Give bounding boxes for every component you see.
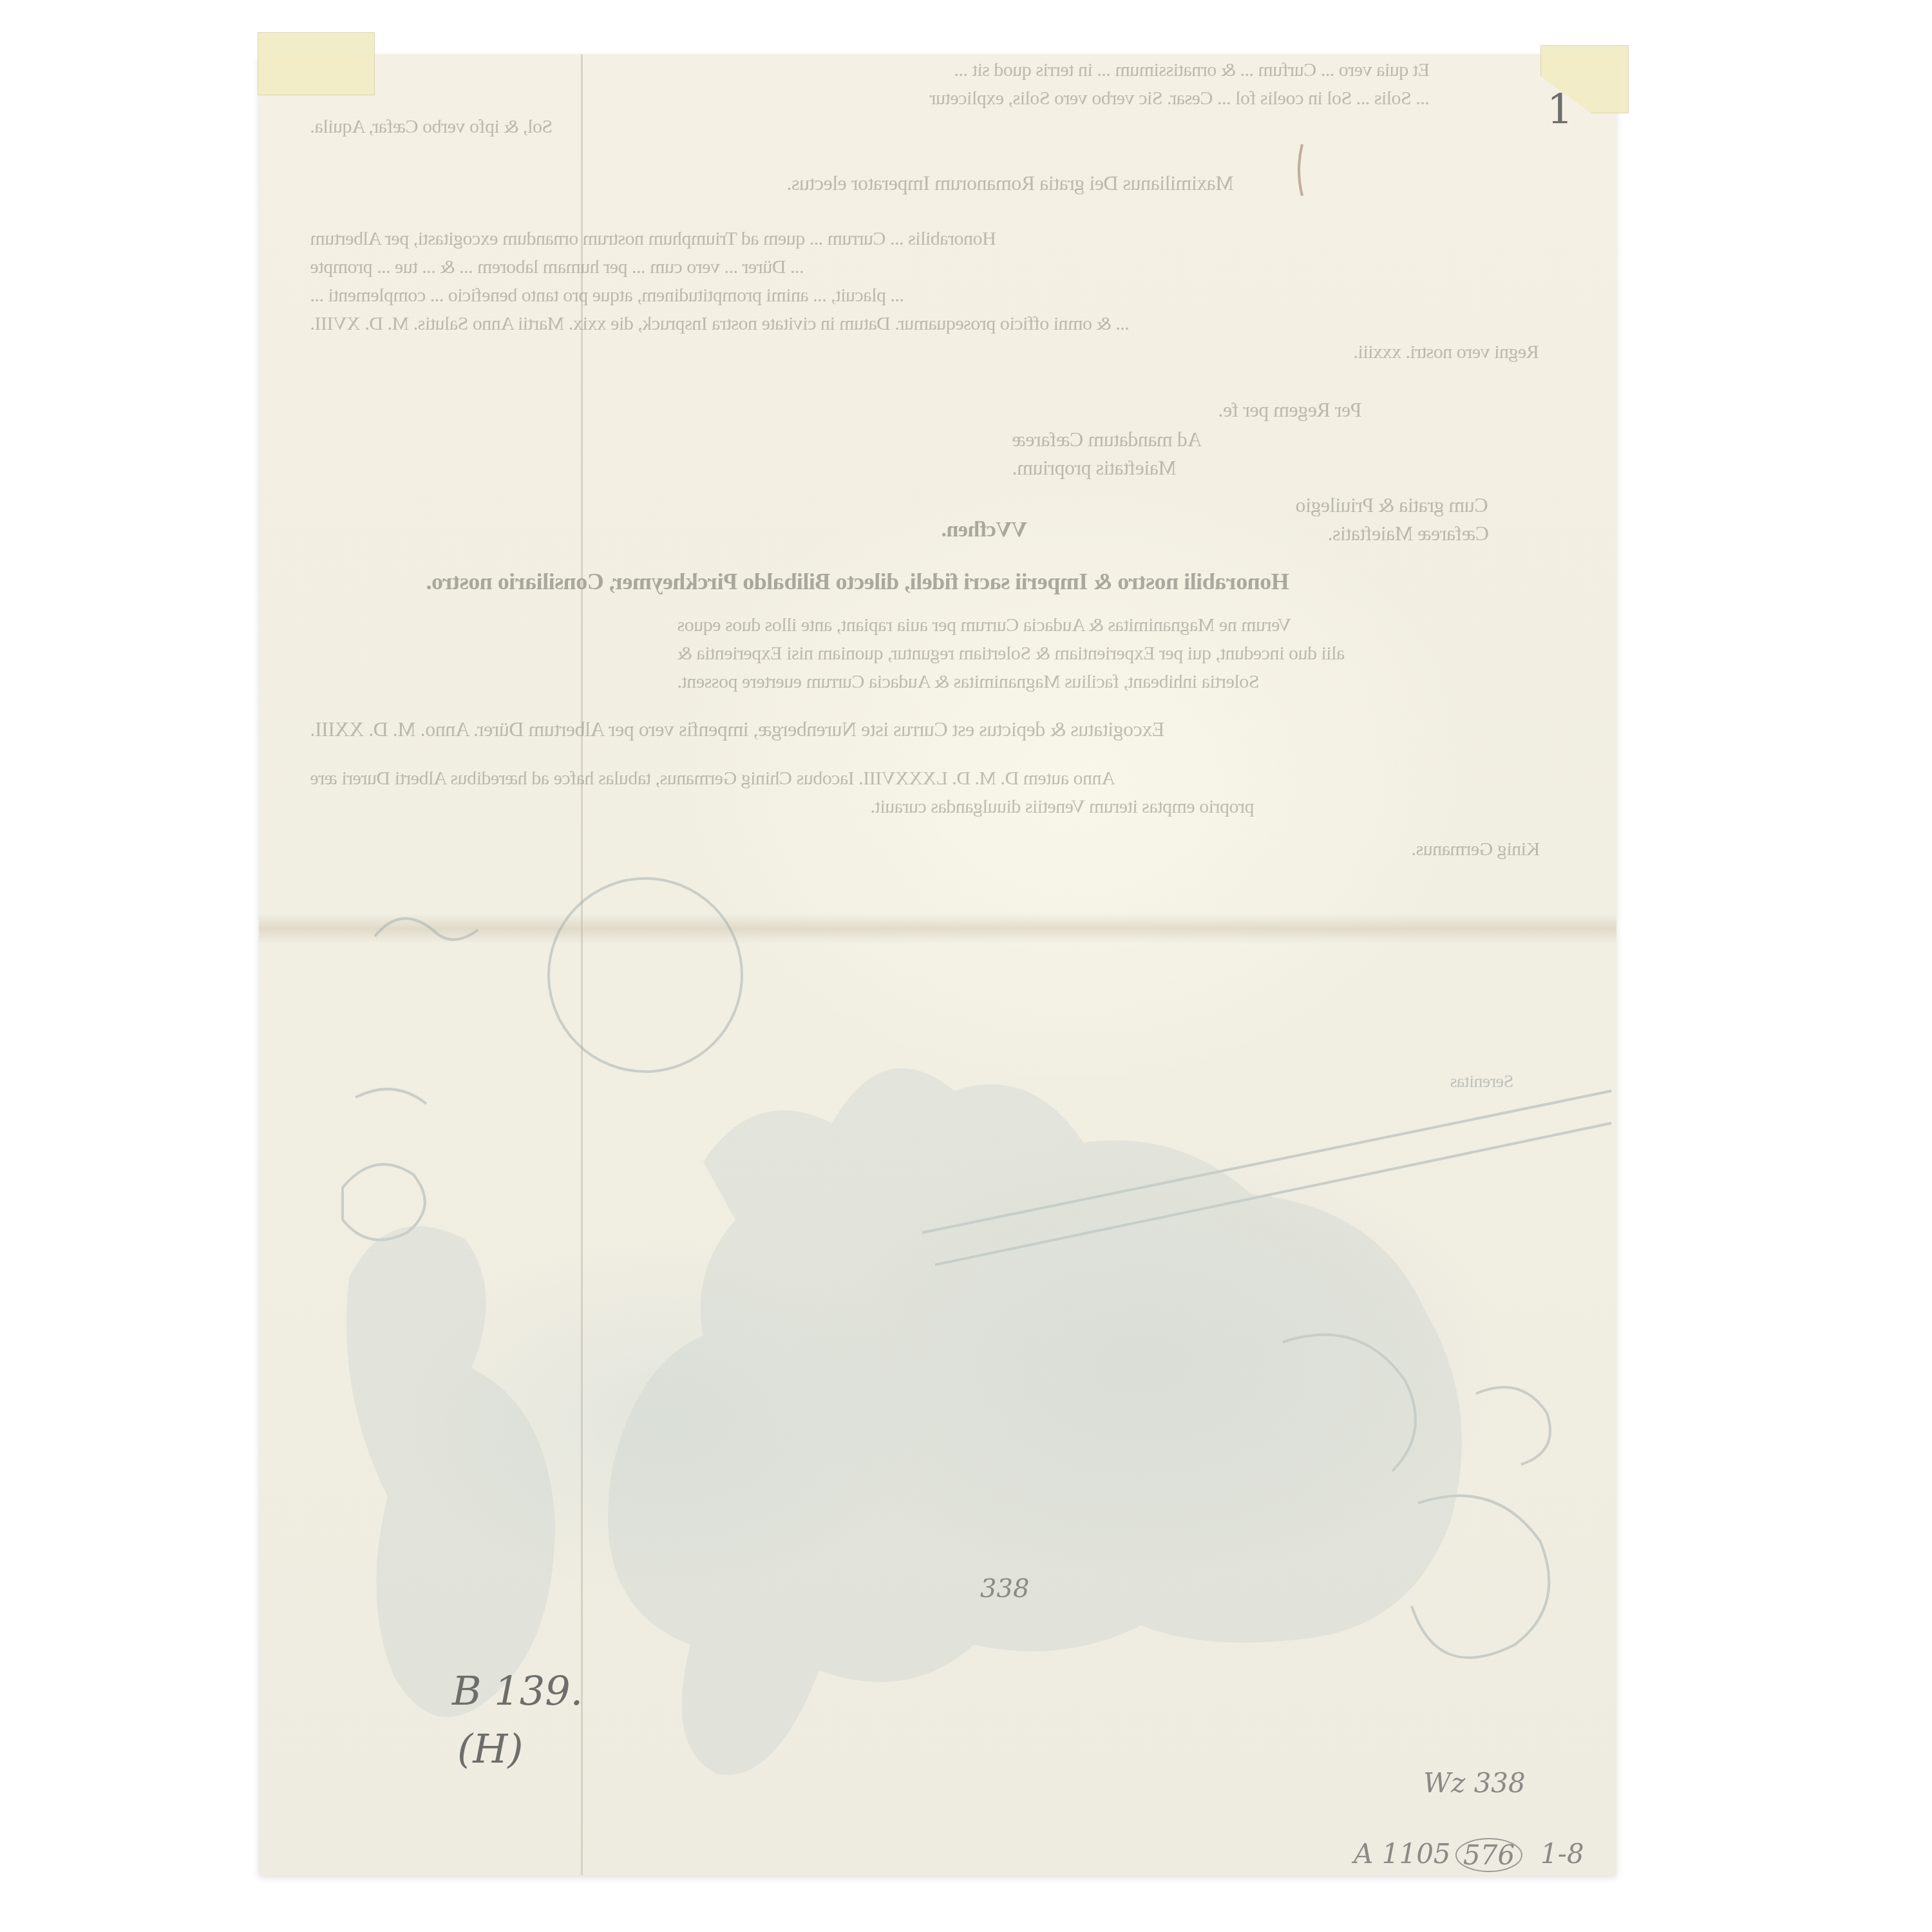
text-line: Maieftatis proprium. (1012, 456, 1177, 480)
text-line: Cæfareæ Maieftatis. (1328, 522, 1489, 545)
watermark-catalog-annotation: Wz 338 (1423, 1767, 1526, 1799)
inventory-number-annotation: 338 (980, 1574, 1029, 1604)
paper-sheet: Et quia vero ... Curfum ... & ornatissim… (259, 54, 1616, 1875)
inventory-prefix-annotation: A 1105 (1354, 1838, 1451, 1870)
catalog-sub-annotation: (H) (457, 1725, 523, 1772)
text-line: Honorabilis ... Currum ... quem ad Trium… (310, 228, 996, 250)
inventory-circled-annotation: 576 (1455, 1838, 1522, 1872)
text-line: Excogitatus & depictus est Currus iste N… (310, 717, 1164, 741)
text-line: Ad mandatum Cæfareæ (1012, 428, 1202, 451)
text-line: Et quia vero ... Curfum ... & ornatissim… (954, 59, 1430, 81)
text-line: Cum gratia & Priuilegio (1296, 493, 1488, 517)
text-line: ... Solis ... Sol in coelis fol ... Cesa… (930, 88, 1430, 109)
text-line: Kinig Germanus. (1412, 838, 1540, 860)
text-line: Honorabili nostro & Imperii sacri fideli… (426, 568, 1289, 595)
text-line: proprio emptas iterum Venetiis diuulgand… (871, 796, 1254, 818)
text-line: Per Regem per fe. (1218, 398, 1362, 422)
hinge-tape-left (258, 32, 375, 95)
text-line: Sol, & ipfo verbo Cæfar, Aquila. (310, 116, 553, 138)
text-line: Regni vero nostri. xxxiii. (1354, 341, 1539, 363)
text-line: VVcfhen. (942, 518, 1027, 542)
horizontal-fold-crease (259, 914, 1616, 943)
catalog-number-annotation: B 139. (452, 1667, 583, 1714)
text-line: Anno autem D. M. D. LXXXVIII. Iacobus Ch… (310, 768, 1115, 790)
text-line: ... & omni officio prosequamur. Datum in… (310, 313, 1130, 335)
show-through-label: Serenitas (1450, 1072, 1513, 1092)
inventory-suffix-annotation: 1-8 (1540, 1838, 1584, 1870)
text-line: ... Dürer ... vero cum ... per humam lab… (310, 256, 804, 278)
text-line: Verum ne Magnanimitas & Audacia Currum p… (677, 614, 1291, 636)
page-number-annotation: 1 (1547, 86, 1573, 134)
text-line: alii duo incedunt, qui per Experientiam … (677, 643, 1345, 665)
ornament-circle (549, 878, 742, 1072)
text-line: ... placuit, ... animi promptitudinem, a… (310, 285, 904, 307)
text-line: Maximilianus Dei gratia Romanorum Impera… (787, 171, 1234, 195)
text-line: Solertia inhibeant, facilius Magnanimita… (677, 671, 1259, 693)
